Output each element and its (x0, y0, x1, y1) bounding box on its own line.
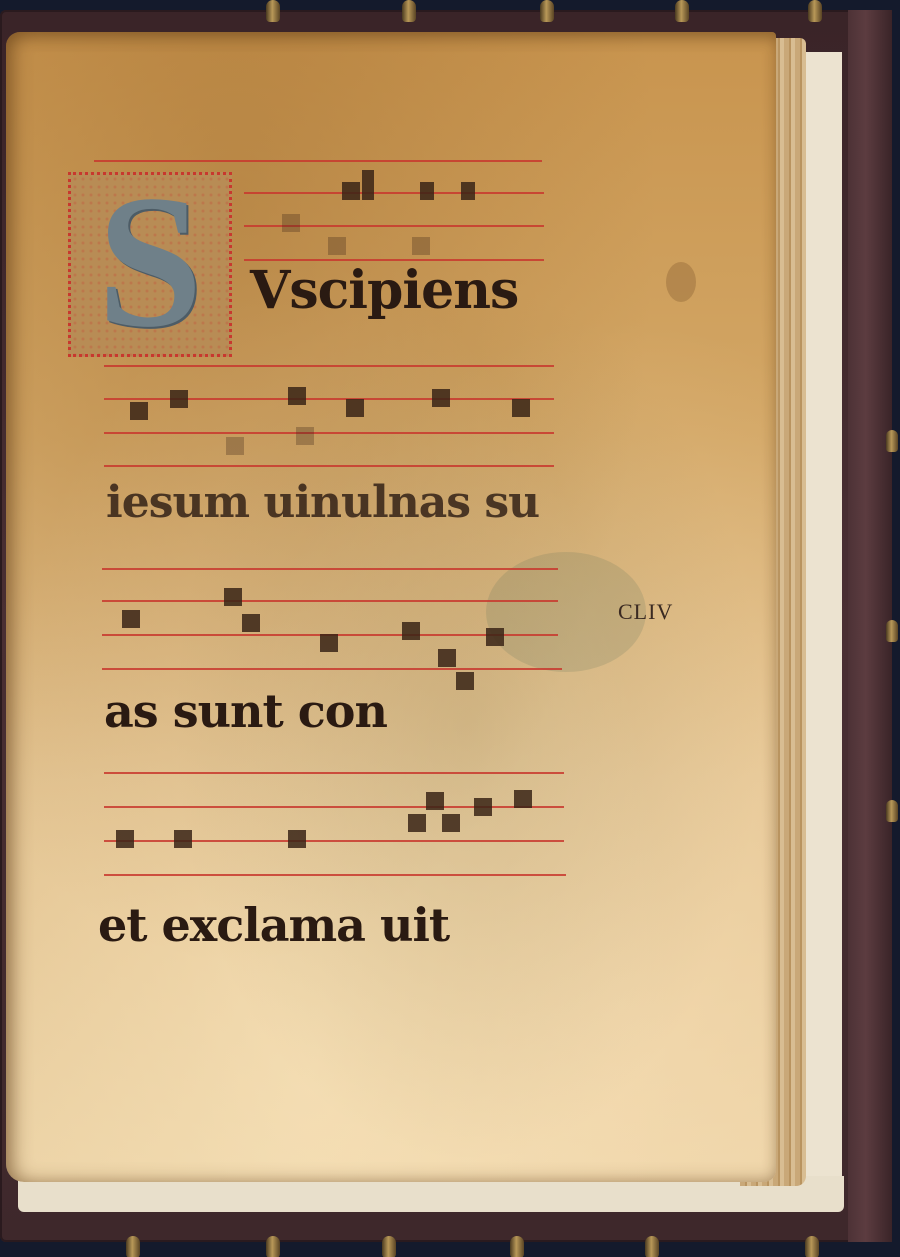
neume-note (412, 237, 430, 255)
staff-line (104, 806, 564, 808)
neume-note (328, 237, 346, 255)
staff-line (104, 874, 566, 876)
neume-note (456, 672, 474, 690)
neume-note (426, 792, 444, 810)
staff-line (104, 432, 554, 434)
neume-note (282, 214, 300, 232)
neume-note (170, 390, 188, 408)
neume-note (461, 182, 475, 200)
neume-note (474, 798, 492, 816)
neume-note (420, 182, 434, 200)
manuscript-page: S Vscipiens iesum uinulnas su as sunt co… (6, 32, 776, 1182)
neume-note (512, 399, 530, 417)
metal-boss-icon (382, 1236, 396, 1257)
neume-note (296, 427, 314, 445)
metal-boss-icon (808, 0, 822, 22)
staff-line (104, 840, 564, 842)
folio-number: CLIV (618, 599, 673, 625)
staff-line (102, 600, 558, 602)
neume-note (288, 387, 306, 405)
neume-note (226, 437, 244, 455)
neume-note (320, 634, 338, 652)
metal-boss-icon (805, 1236, 819, 1257)
neume-note (288, 830, 306, 848)
lyric-line: et exclama uit (98, 898, 449, 952)
neume-note (362, 170, 374, 200)
staff-line (104, 365, 554, 367)
neume-note (224, 588, 242, 606)
lyric-line: Vscipiens (250, 260, 518, 321)
initial-letter: S (71, 167, 229, 357)
metal-boss-icon (886, 620, 898, 642)
neume-note (174, 830, 192, 848)
neume-note (242, 614, 260, 632)
neume-note (116, 830, 134, 848)
staff-line (102, 568, 558, 570)
metal-boss-icon (675, 0, 689, 22)
neume-note (130, 402, 148, 420)
metal-boss-icon (266, 0, 280, 22)
metal-boss-icon (126, 1236, 140, 1257)
metal-boss-icon (266, 1236, 280, 1257)
neume-note (438, 649, 456, 667)
metal-boss-icon (540, 0, 554, 22)
neume-note (346, 399, 364, 417)
neume-note (432, 389, 450, 407)
staff-line (244, 192, 544, 194)
lyric-line: iesum uinulnas su (106, 477, 539, 528)
neume-note (408, 814, 426, 832)
neume-note (486, 628, 504, 646)
staff-line (104, 465, 554, 467)
metal-boss-icon (886, 430, 898, 452)
stain (666, 262, 696, 302)
metal-boss-icon (510, 1236, 524, 1257)
neume-note (442, 814, 460, 832)
metal-boss-icon (886, 800, 898, 822)
staff-line (102, 668, 562, 670)
metal-boss-icon (402, 0, 416, 22)
neume-note (514, 790, 532, 808)
metal-boss-icon (645, 1236, 659, 1257)
staff-line (104, 772, 564, 774)
illuminated-initial: S (68, 172, 232, 357)
neume-note (122, 610, 140, 628)
neume-note (342, 182, 360, 200)
lyric-line: as sunt con (104, 684, 387, 738)
neume-note (402, 622, 420, 640)
